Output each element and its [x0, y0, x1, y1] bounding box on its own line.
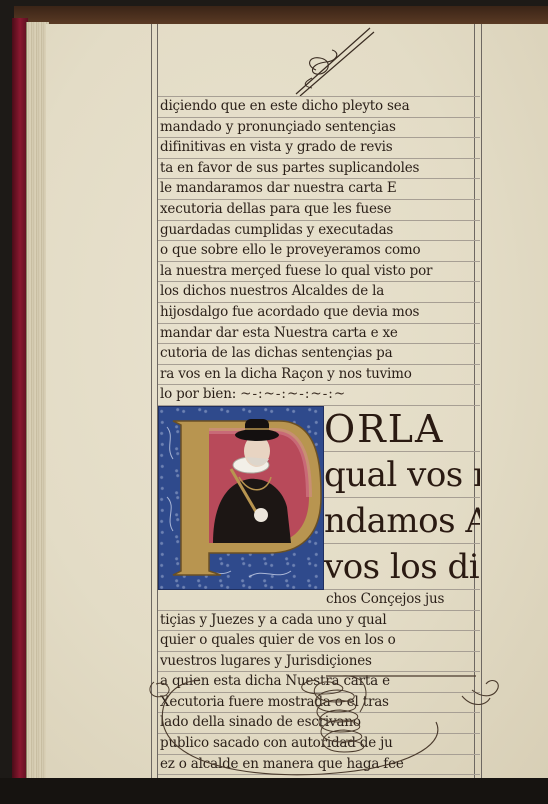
ruling-left-outer	[151, 24, 152, 778]
ruling-right-outer	[481, 24, 482, 778]
text-line: vuestros lugares y Jurisdiçiones	[158, 652, 480, 673]
text-line: difinitivas en vista y grado de revis	[158, 138, 480, 159]
text-line: los dichos nuestros Alcaldes de la	[158, 282, 480, 303]
text-line-with-flourish: lo por bien: ~-:~-:~-:~-:~	[158, 385, 480, 406]
bottom-flourish-icon	[146, 672, 506, 782]
large-text-line: vos los di	[324, 544, 480, 590]
text-line: le mandaramos dar nuestra carta E	[158, 179, 480, 200]
line-filler-flourish: ~-:~-:~-:~-:~	[240, 386, 346, 402]
initial-section: ORLA qual vos ma ndamos A vos los di	[158, 406, 480, 590]
text-line: diçiendo que en este dicho pleyto sea	[158, 96, 480, 118]
text-line: mandar dar esta Nuestra carta e xe	[158, 324, 480, 345]
large-text-line: qual vos ma	[324, 452, 480, 498]
illuminated-initial	[158, 406, 324, 590]
book-binding-top	[14, 6, 548, 24]
background-shadow	[0, 778, 548, 804]
text-line: chos Conçejos jus	[158, 590, 480, 611]
large-text-beside-initial: ORLA qual vos ma ndamos A vos los di	[324, 406, 480, 590]
text-line: quier o quales quier de vos en los o	[158, 631, 480, 652]
text-line: hijosdalgo fue acordado que devia mos	[158, 303, 480, 324]
top-flourish-icon	[286, 26, 376, 96]
text-line: ta en favor de sus partes suplicandoles	[158, 159, 480, 180]
text-line: la nuestra merçed fuese lo qual visto po…	[158, 262, 480, 283]
manuscript-page: diçiendo que en este dicho pleyto sea ma…	[46, 24, 548, 778]
large-text-line: ndamos A	[324, 498, 480, 544]
text-line: mandado y pronunçiado sentençias	[158, 118, 480, 139]
large-text-line: ORLA	[324, 406, 480, 452]
text-line: xecutoria dellas para que les fuese	[158, 200, 480, 221]
text-line: tiçias y Juezes y a cada uno y qual	[158, 611, 480, 632]
portrait-initial-icon	[159, 407, 323, 589]
text-line: o que sobre ello le proveyeramos como	[158, 241, 480, 262]
text-line: cutoria de las dichas sentençias pa	[158, 344, 480, 365]
text-line-end: lo por bien:	[160, 386, 236, 402]
text-line: guardadas cumplidas y executadas	[158, 221, 480, 242]
text-line: ra vos en la dicha Raçon y nos tuvimo	[158, 365, 480, 386]
